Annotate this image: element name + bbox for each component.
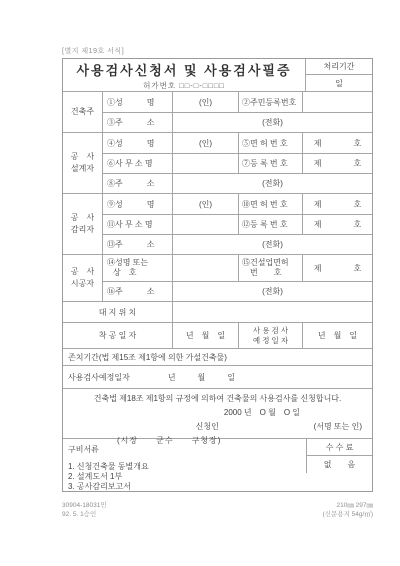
designer-office-row: ⑥사 무 소 명 ⑦등 록 번 호 제 호: [103, 153, 372, 173]
owner-address-row: ③주 소 (전화): [103, 112, 372, 132]
owner-name-label: ①성 명: [103, 92, 173, 112]
expected-inspection-label: 사 용 검 사 예 정 일 자: [239, 323, 303, 348]
form-annex-note: [별지 제19호 서식]: [62, 46, 124, 56]
site-location-label: 대 지 위 치: [63, 302, 173, 322]
start-date-label: 착 공 일 자: [63, 323, 173, 348]
section-supervisor: 공 사 감리자 ⑨성 명 (인) ⑩면 허 번 호 제 호 ⑪사 무 소 명 ⑫…: [63, 194, 372, 255]
site-location-value-cell: [173, 302, 372, 322]
supervisor-office-label: ⑪사 무 소 명: [103, 215, 173, 234]
owner-category-label: 건축주: [63, 92, 103, 132]
designer-phone-label: (전화): [173, 174, 372, 193]
form-header: 사용검사신청서 및 사용검사필증 허가번호 □□-□-□□□□ 처리기간 일: [63, 59, 372, 92]
contractor-category-label: 공 사 시공자: [63, 255, 103, 301]
contractor-license-label: ⑮건설업면허 번 호: [239, 255, 303, 281]
supervisor-registration-value: 제 호: [303, 215, 372, 234]
designer-name-label: ④성 명: [103, 133, 173, 153]
owner-seal-mark: (인): [173, 92, 239, 112]
contractor-name-row: ⑭성명 또는 상 호 ⑮건설업면허 번 호 제 호: [103, 255, 372, 281]
contractor-license-value: 제 호: [303, 255, 372, 281]
processing-period-cell: 처리기간 일: [306, 59, 372, 91]
start-date-row: 착 공 일 자 년 월 일 사 용 검 사 예 정 일 자 년 월 일: [63, 323, 372, 349]
expected-date-row: 사용검사예정일자 년 월 일: [63, 366, 372, 389]
supervisor-seal-mark: (인): [173, 194, 239, 214]
designer-name-row: ④성 명 (인) ⑤면 허 번 호 제 호: [103, 133, 372, 153]
form-title: 사용검사신청서 및 사용검사필증: [76, 60, 291, 79]
supervisor-office-value-cell: [173, 215, 239, 234]
permit-number-boxes: 허가번호 □□-□-□□□□: [143, 80, 225, 91]
statement-text: 건축법 제18조 제1항의 규정에 의하여 건축물의 사용검사를 신청합니다.: [63, 393, 372, 404]
supervisor-license-label: ⑩면 허 번 호: [239, 194, 303, 214]
contractor-phone-label: (전화): [173, 282, 372, 301]
applicant-label: 신청인: [196, 421, 219, 432]
expected-date-value: 년 월 일: [168, 372, 237, 383]
expected-inspection-value: 년 월 일: [303, 323, 372, 348]
documents-label: 구비서류: [68, 444, 99, 455]
form-title-cell: 사용검사신청서 및 사용검사필증 허가번호 □□-□-□□□□: [63, 59, 306, 91]
fee-box: 수 수 료 없 음: [306, 439, 372, 473]
designer-license-label: ⑤면 허 번 호: [239, 133, 303, 153]
designer-license-value: 제 호: [303, 133, 372, 153]
supervisor-address-row: ⑬주 소 (전화): [103, 234, 372, 254]
section-building-owner: 건축주 ①성 명 (인) ②주민등록번호 ③주 소 (전화): [63, 92, 372, 133]
designer-seal-mark: (인): [173, 133, 239, 153]
fee-value: 없 음: [307, 456, 372, 473]
processing-period-value: 일: [306, 75, 372, 91]
paper-size-note: 210㎜ 297㎜: [337, 500, 374, 509]
supervisor-address-label: ⑬주 소: [103, 235, 173, 254]
form-code: 30904-18031민: [62, 500, 107, 509]
designer-office-value-cell: [173, 154, 239, 173]
section-designer: 공 사 설계자 ④성 명 (인) ⑤면 허 번 호 제 호 ⑥사 무 소 명 ⑦…: [63, 133, 372, 194]
supervisor-name-label: ⑨성 명: [103, 194, 173, 214]
contractor-name-label: ⑭성명 또는 상 호: [103, 255, 173, 281]
supervisor-license-value: 제 호: [303, 194, 372, 214]
designer-category-label: 공 사 설계자: [63, 133, 103, 193]
required-documents-section: 구비서류 1. 신청건축물 동별개요 2. 설계도서 1부 3. 공사감리보고서…: [63, 439, 372, 491]
contractor-name-value-cell: [173, 255, 239, 281]
statement-date: 2000 년 O 월 O 일: [63, 407, 372, 418]
supervisor-phone-label: (전화): [173, 235, 372, 254]
document-item: 2. 설계도서 1부: [68, 472, 149, 482]
designer-office-label: ⑥사 무 소 명: [103, 154, 173, 173]
retention-period-row: 존치기간(법 제15조 제1항에 의한 가설건축물): [63, 349, 372, 366]
application-statement: 건축법 제18조 제1항의 규정에 의하여 건축물의 사용검사를 신청합니다. …: [63, 389, 372, 439]
documents-list: 1. 신청건축물 동별개요 2. 설계도서 1부 3. 공사감리보고서: [68, 462, 149, 492]
paper-spec-note: (신문용지 54g/㎡): [323, 509, 373, 518]
owner-rrn-value-cell: [303, 92, 372, 112]
owner-name-row: ①성 명 (인) ②주민등록번호: [103, 92, 372, 112]
contractor-address-row: ⑯주 소 (전화): [103, 281, 372, 301]
document-item: 3. 공사감리보고서: [68, 482, 149, 492]
expected-date-label: 사용검사예정일자: [68, 372, 130, 383]
fee-label: 수 수 료: [307, 439, 372, 456]
start-date-value: 년 월 일: [173, 323, 239, 348]
contractor-address-label: ⑯주 소: [103, 282, 173, 301]
supervisor-office-row: ⑪사 무 소 명 ⑫등 록 번 호 제 호: [103, 214, 372, 234]
retention-period-label: 존치기간(법 제15조 제1항에 의한 가설건축물): [68, 352, 227, 363]
signature-note: (서명 또는 인): [314, 421, 372, 432]
designer-registration-label: ⑦등 록 번 호: [239, 154, 303, 173]
application-form-table: 사용검사신청서 및 사용검사필증 허가번호 □□-□-□□□□ 처리기간 일 건…: [62, 58, 373, 492]
owner-phone-label: (전화): [173, 113, 372, 132]
designer-registration-value: 제 호: [303, 154, 372, 173]
supervisor-name-row: ⑨성 명 (인) ⑩면 허 번 호 제 호: [103, 194, 372, 214]
document-item: 1. 신청건축물 동별개요: [68, 462, 149, 472]
supervisor-category-label: 공 사 감리자: [63, 194, 103, 254]
owner-rrn-label: ②주민등록번호: [239, 92, 303, 112]
site-location-row: 대 지 위 치: [63, 302, 372, 323]
owner-address-label: ③주 소: [103, 113, 173, 132]
section-contractor: 공 사 시공자 ⑭성명 또는 상 호 ⑮건설업면허 번 호 제 호 ⑯주 소 (…: [63, 255, 372, 302]
supervisor-registration-label: ⑫등 록 번 호: [239, 215, 303, 234]
designer-address-label: ⑧주 소: [103, 174, 173, 193]
designer-address-row: ⑧주 소 (전화): [103, 173, 372, 193]
processing-period-label: 처리기간: [306, 59, 372, 75]
form-approval-date: 92. 5. 1승인: [62, 509, 96, 518]
